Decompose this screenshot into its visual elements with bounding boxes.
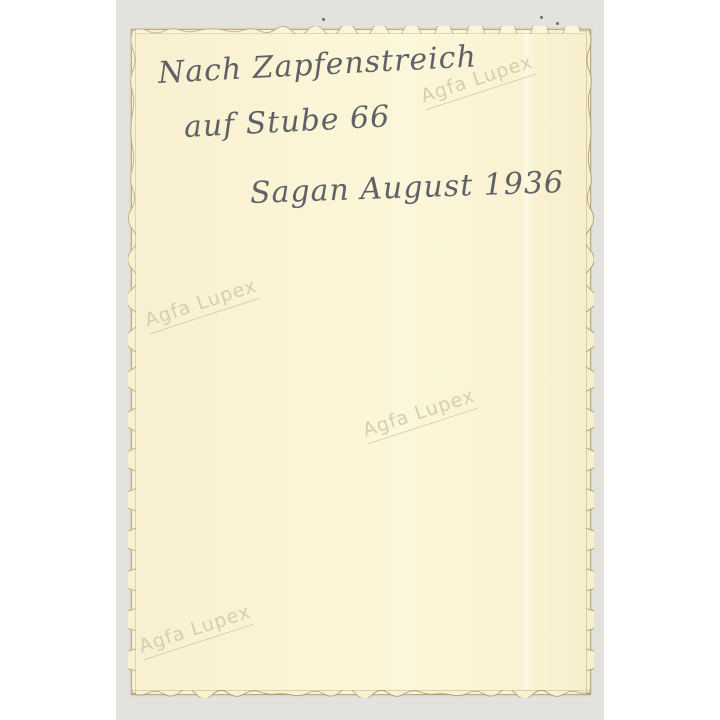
agfa-lupex-stamp: Agfa Lupex [142, 275, 260, 335]
handwritten-line-3: Sagan August 1936 [249, 165, 564, 211]
agfa-lupex-stamp: Agfa Lupex [360, 385, 478, 445]
dust-speck [540, 16, 543, 19]
photo-card-back: Agfa Lupex Agfa Lupex Agfa Lupex Agfa Lu… [132, 30, 590, 694]
handwritten-line-2: auf Stube 66 [183, 99, 391, 145]
dust-speck [556, 22, 559, 25]
dust-speck [322, 18, 325, 21]
agfa-lupex-stamp: Agfa Lupex [136, 601, 254, 661]
